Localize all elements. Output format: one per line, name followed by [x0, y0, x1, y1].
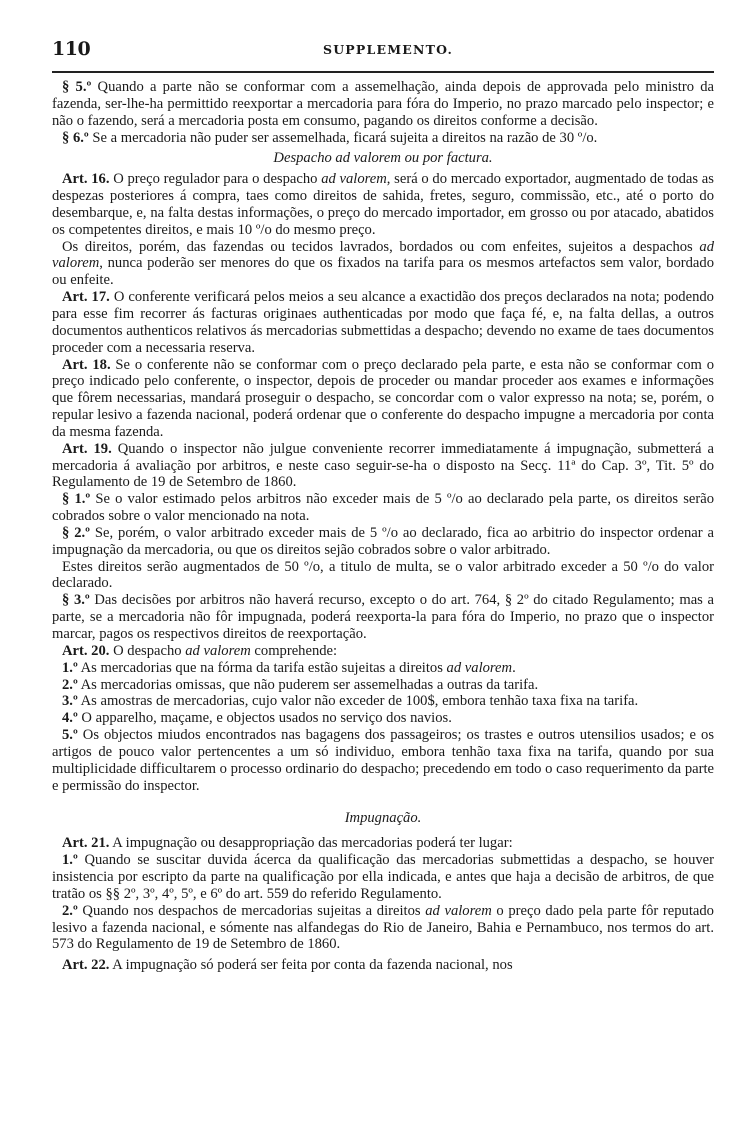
item-label: 1.º — [62, 660, 78, 676]
article-19: Art. 19. Quando o inspector não julgue c… — [52, 441, 714, 492]
item-label: 3.º — [62, 693, 78, 709]
item-label: 4.º — [62, 710, 78, 726]
paragraph-text: Os objectos miudos encontrados nas bagag… — [52, 727, 714, 794]
italic-term: ad valorem — [425, 903, 492, 919]
paragraph-text: As mercadorias que na fórma da tarifa es… — [81, 660, 443, 676]
paragraph-text: Os direitos, porém, das fazendas ou teci… — [62, 239, 693, 255]
italic-term: ad valorem — [447, 660, 513, 676]
article-21: Art. 21. A impugnação ou desappropriação… — [52, 835, 714, 852]
paragraph-text: . — [512, 660, 516, 676]
paragraph-text: Quando nos despachos de mercadorias suje… — [82, 903, 420, 919]
paragraph-sec6: § 6.º Se a mercadoria não puder ser asse… — [52, 130, 714, 147]
paragraph-text: A impugnação ou desappropriação das merc… — [112, 835, 512, 851]
article-label: Art. 16. — [62, 171, 110, 187]
article-20: Art. 20. O despacho ad valorem comprehen… — [52, 643, 714, 660]
paragraph-text: Quando se suscitar duvida ácerca da qual… — [52, 852, 714, 902]
article-label: Art. 18. — [62, 357, 111, 373]
paragraph-text: As amostras de mercadorias, cujo valor n… — [81, 693, 639, 709]
article-20-item-5: 5.º Os objectos miudos encontrados nas b… — [52, 727, 714, 794]
article-20-item-2: 2.º As mercadorias omissas, que não pude… — [52, 677, 714, 694]
paragraph-text: O preço regulador para o despacho — [113, 171, 317, 187]
paragraph-text: As mercadorias omissas, que não puderem … — [81, 677, 539, 693]
section-label: § 3.º — [62, 592, 90, 608]
item-label: 5.º — [62, 727, 78, 743]
paragraph-text: O conferente verificará pelos meios a se… — [52, 289, 714, 356]
section-label: § 6.º — [62, 130, 89, 146]
section-label: § 5.º — [62, 79, 91, 95]
paragraph-text: Se o valor estimado pelos arbitros não e… — [52, 491, 714, 524]
paragraph-text: A impugnação só poderá ser feita por con… — [112, 957, 512, 973]
paragraph-sec5: § 5.º Quando a parte não se conformar co… — [52, 79, 714, 130]
article-17: Art. 17. O conferente verificará pelos m… — [52, 289, 714, 356]
header-rule — [52, 71, 714, 73]
article-16: Art. 16. O preço regulador para o despac… — [52, 171, 714, 238]
section-heading-impugnacao: Impugnação. — [52, 810, 714, 827]
page-body: § 5.º Quando a parte não se conformar co… — [52, 79, 714, 974]
document-page: 110 SUPPLEMENTO. § 5.º Quando a parte nã… — [0, 0, 736, 1123]
section-label: § 2.º — [62, 525, 90, 541]
article-label: Art. 22. — [62, 957, 109, 973]
section-heading-despacho: Despacho ad valorem ou por factura. — [52, 150, 714, 167]
article-18: Art. 18. Se o conferente não se conforma… — [52, 357, 714, 441]
article-21-item-2: 2.º Quando nos despachos de mercadorias … — [52, 903, 714, 954]
paragraph-text: Se, porém, o valor arbitrado exceder mai… — [52, 525, 714, 558]
article-21-item-1: 1.º Quando se suscitar duvida ácerca da … — [52, 852, 714, 903]
paragraph-text: O apparelho, maçame, e objectos usados n… — [81, 710, 451, 726]
running-title: SUPPLEMENTO. — [52, 42, 714, 57]
article-19-sec2: § 2.º Se, porém, o valor arbitrado exced… — [52, 525, 714, 559]
article-16-continuation: Os direitos, porém, das fazendas ou teci… — [52, 239, 714, 290]
article-19-sec3: § 3.º Das decisões por arbitros não have… — [52, 592, 714, 643]
italic-term: ad valorem — [185, 643, 251, 659]
article-19-sec1: § 1.º Se o valor estimado pelos arbitros… — [52, 491, 714, 525]
paragraph-text: Estes direitos serão augmentados de 50 º… — [52, 559, 714, 592]
paragraph-text: Quando o inspector não julgue convenient… — [52, 441, 714, 491]
paragraph-text: Se a mercadoria não puder ser assemelhad… — [92, 130, 597, 146]
paragraph-text: Se o conferente não se conformar com o p… — [52, 357, 714, 440]
article-label: Art. 20. — [62, 643, 109, 659]
paragraph-text: Das decisões por arbitros não haverá rec… — [52, 592, 714, 642]
item-label: 2.º — [62, 903, 78, 919]
article-22: Art. 22. A impugnação só poderá ser feit… — [52, 957, 714, 974]
article-20-item-3: 3.º As amostras de mercadorias, cujo val… — [52, 693, 714, 710]
italic-term: ad valorem — [321, 171, 387, 187]
article-19-sec2-continuation: Estes direitos serão augmentados de 50 º… — [52, 559, 714, 593]
article-20-item-1: 1.º As mercadorias que na fórma da tarif… — [52, 660, 714, 677]
paragraph-text: Quando a parte não se conformar com a as… — [52, 79, 714, 129]
section-label: § 1.º — [62, 491, 90, 507]
article-label: Art. 17. — [62, 289, 110, 305]
paragraph-text: O despacho — [113, 643, 182, 659]
article-20-item-4: 4.º O apparelho, maçame, e objectos usad… — [52, 710, 714, 727]
item-label: 1.º — [62, 852, 78, 868]
paragraph-text: comprehende: — [254, 643, 337, 659]
article-label: Art. 21. — [62, 835, 109, 851]
paragraph-text: , nunca poderão ser menores do que os fi… — [52, 255, 714, 288]
article-label: Art. 19. — [62, 441, 112, 457]
page-header: 110 SUPPLEMENTO. — [52, 36, 714, 66]
item-label: 2.º — [62, 677, 78, 693]
